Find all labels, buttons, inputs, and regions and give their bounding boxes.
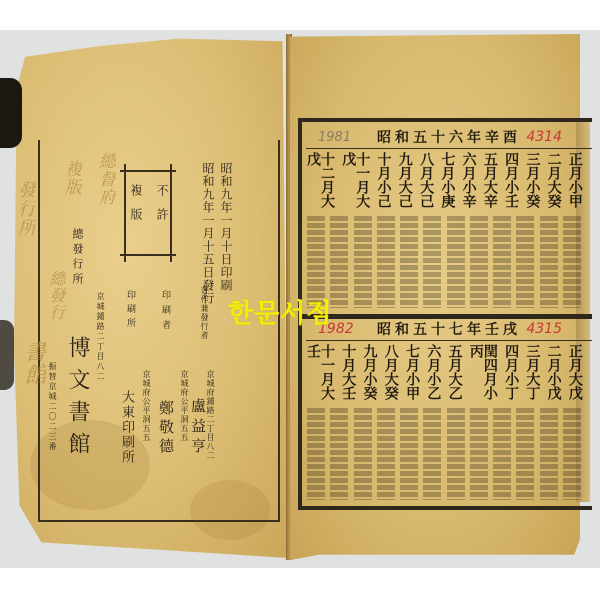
distributor-label: 總發行所 [72,228,83,288]
month: 正月大戊 [568,344,582,404]
calendar-title: 1981 昭和五十六年辛酉 4314 [306,126,592,149]
publisher-address: 京城府鍾路二丁目八二 [206,370,214,460]
printer-label: 印刷者 [160,290,169,335]
month: 四月小丁 [504,344,518,404]
month: 閏四月小丙 [469,344,497,404]
handwriting-4: 書館 [22,340,44,386]
calendar-1982: 1982 昭和五十七年壬戌 4315 正月大戊 二月小戊 三月大丁 四月小丁 閏… [302,314,592,506]
month: 十月小己 [377,152,391,212]
month: 七月小庚 [440,152,454,212]
handwriting-5: 發行所 [16,180,34,237]
calendar-title: 1982 昭和五十七年壬戌 4315 [306,318,592,341]
printer-name: 鄭敬德 [158,400,173,457]
print-shop-address: 京城府公平洞五五 [142,370,150,442]
month: 十一月大戊 [341,152,369,212]
calendar-1981: 1981 昭和五十六年辛酉 4314 正月小甲 二月大癸 三月小癸 四月小壬 五… [302,122,592,319]
month: 正月小甲 [568,152,582,212]
month: 三月小癸 [525,152,539,212]
month: 八月大癸 [384,344,398,404]
thumb-shadow [0,320,14,390]
handwriting-2: 總督府 [96,152,113,206]
printer-address: 京城府公平洞五五 [180,370,188,442]
calendar-table: 1981 昭和五十六年辛酉 4314 正月小甲 二月大癸 三月小癸 四月小壬 五… [298,118,592,510]
no-reprint-text-1: 不許 [156,184,168,232]
distributor-name: 博文書館 [66,336,88,464]
month: 九月小癸 [363,344,377,404]
watermark: 한문서점 [228,293,332,330]
month: 二月大癸 [547,152,561,212]
month: 八月大己 [419,152,433,212]
month-headers: 正月大戊 二月小戊 三月大丁 四月小丁 閏四月小丙 五月大乙 六月小乙 七月小甲… [306,344,582,404]
month-headers: 正月小甲 二月大癸 三月小癸 四月小壬 五月大辛 六月小辛 七月小庚 八月大己 … [306,152,582,212]
month: 十二月大戊 [306,152,334,212]
title-text: 昭和五十七年壬戌 [377,319,521,339]
print-shop-name: 大東印刷所 [120,390,133,465]
month: 七月小甲 [405,344,419,404]
handwriting-1: 複版 [62,160,79,196]
account-number: 振替京城二〇二三番 [48,362,56,452]
thumb [0,78,22,148]
month: 三月大丁 [525,344,539,404]
print-shop-label: 印刷所 [125,290,134,332]
publisher-label: 著作兼發行者 [200,286,208,340]
month: 九月大己 [398,152,412,212]
publisher-name: 盧益亨 [190,398,205,458]
month: 六月小辛 [462,152,476,212]
month: 五月大辛 [483,152,497,212]
distributor-address: 京城鍾路二丁目八二 [96,292,104,382]
month: 六月小乙 [426,344,440,404]
month: 十一月大壬 [306,344,334,404]
handwriting-3: 總發行 [48,270,64,321]
publish-date: 昭和九年一月十五日發行 [202,162,214,305]
red-note-right: 4315 [526,321,562,337]
month: 十月大壬 [341,344,355,404]
month: 五月大乙 [448,344,462,404]
no-reprint-text-2: 複版 [130,184,142,232]
day-entries [306,408,582,500]
month: 二月小戊 [547,344,561,404]
title-text: 昭和五十六年辛酉 [377,127,521,147]
red-note: 4314 [526,129,562,145]
month: 四月小壬 [504,152,518,212]
pencil-note: 1981 [318,130,351,145]
day-entries [306,216,582,308]
print-date: 昭和九年一月十日印刷 [220,162,232,292]
